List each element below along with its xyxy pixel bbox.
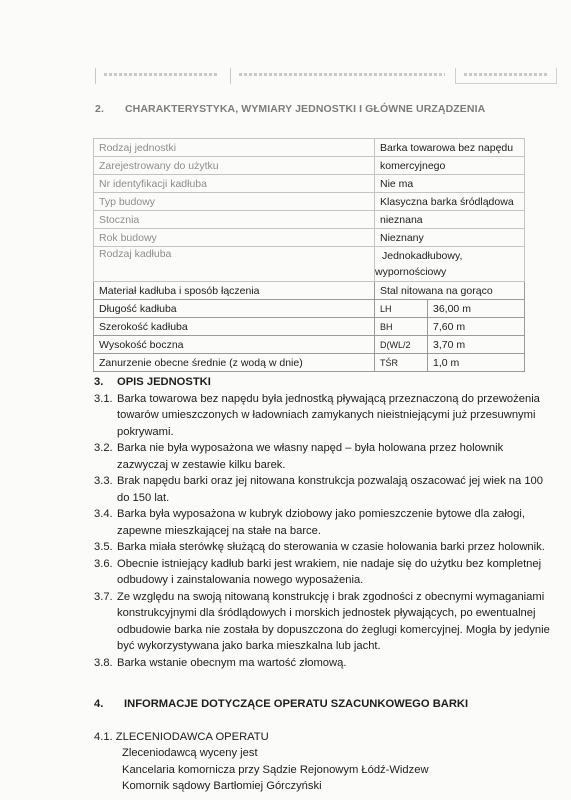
row-symbol: D(WL/2 xyxy=(375,336,428,354)
row-value: Barka towarowa bez napędu xyxy=(375,139,525,157)
item-number: 3.7. xyxy=(94,589,117,606)
table-row: Rok budowy Nieznany xyxy=(94,229,525,247)
list-item: 3.3.Brak napędu barki oraz jej nitowana … xyxy=(94,473,554,506)
item-text: Barka była wyposażona w kubryk dziobowy … xyxy=(117,508,525,537)
table-row: Wysokość boczna D(WL/2 3,70 m xyxy=(94,336,525,354)
section-number: 3. xyxy=(94,374,117,391)
value-line: Jednokadłubowy, xyxy=(380,248,519,264)
row-value: Nie ma xyxy=(375,175,525,193)
list-item: 3.6.Obecnie istniejący kadłub barki jest… xyxy=(94,556,554,589)
specification-table: Rodzaj jednostki Barka towarowa bez napę… xyxy=(93,138,525,372)
section-title: OPIS JEDNOSTKI xyxy=(117,376,211,388)
row-value: komercyjnego xyxy=(375,157,525,175)
list-item: 3.7.Ze względu na swoją nitowaną konstru… xyxy=(94,589,554,655)
list-item: 3.8.Barka wstanie obecnym ma wartość zło… xyxy=(94,655,554,672)
row-label: Zanurzenie obecne średnie (z wodą w dnie… xyxy=(94,354,375,372)
table-row: Rodzaj kadłuba Jednokadłubowy, wypornośc… xyxy=(94,247,525,282)
row-label: Typ budowy xyxy=(94,193,375,211)
subsection-title: ZLECENIODAWCA OPERATU xyxy=(116,731,269,743)
row-label: Zarejestrowany do użytku xyxy=(94,157,375,175)
row-label: Szerokość kadłuba xyxy=(94,318,375,336)
subsection-4-1: 4.1. ZLECENIODAWCA OPERATU Zleceniodawcą… xyxy=(94,729,554,795)
row-symbol: TŚR xyxy=(375,354,428,372)
table-row: Zarejestrowany do użytku komercyjnego xyxy=(94,157,525,175)
section-3: 3.OPIS JEDNOSTKI 3.1.Barka towarowa bez … xyxy=(94,374,554,671)
subsection-number: 4.1. xyxy=(94,731,113,743)
section-number: 4. xyxy=(94,696,124,713)
row-label: Stocznia xyxy=(94,211,375,229)
document-page: 2.CHARAKTERYSTYKA, WYMIARY JEDNOSTKI I G… xyxy=(0,0,571,800)
row-value: Stal nitowana na gorąco xyxy=(375,282,525,300)
row-label: Wysokość boczna xyxy=(94,336,375,354)
item-number: 3.8. xyxy=(94,655,117,672)
item-number: 3.1. xyxy=(94,391,117,408)
section-3-heading: 3.OPIS JEDNOSTKI xyxy=(94,374,554,391)
row-symbol: LH xyxy=(375,300,428,318)
item-number: 3.2. xyxy=(94,440,117,457)
row-value: 36,00 m xyxy=(428,300,525,318)
header-box-author xyxy=(95,68,226,84)
table-row: Zanurzenie obecne średnie (z wodą w dnie… xyxy=(94,354,525,372)
list-item: 3.2.Barka nie była wyposażona we własny … xyxy=(94,440,554,473)
item-text: Barka miała sterówkę służącą do sterowan… xyxy=(117,541,545,553)
item-text: Barka wstanie obecnym ma wartość złomową… xyxy=(117,657,346,669)
row-label: Materiał kadłuba i sposób łączenia xyxy=(94,282,375,300)
row-label: Rodzaj jednostki xyxy=(94,139,375,157)
row-value: 7,60 m xyxy=(428,318,525,336)
table-row: Materiał kadłuba i sposób łączenia Stal … xyxy=(94,282,525,300)
table-row: Nr identyfikacji kadłuba Nie ma xyxy=(94,175,525,193)
item-text: Obecnie istniejący kadłub barki jest wra… xyxy=(117,558,541,587)
client-line: Komornik sądowy Bartłomiej Górczyński xyxy=(94,778,554,795)
item-text: Ze względu na swoją nitowaną konstrukcję… xyxy=(117,591,550,653)
item-number: 3.5. xyxy=(94,539,117,556)
section-title: INFORMACJE DOTYCZĄCE OPERATU SZACUNKOWEG… xyxy=(124,698,468,710)
row-label: Długość kadłuba xyxy=(94,300,375,318)
illegible-header-text xyxy=(464,73,548,76)
header-box-title xyxy=(230,68,453,84)
row-value: Jednokadłubowy, wypornościowy xyxy=(375,247,525,282)
row-value: Nieznany xyxy=(375,229,525,247)
row-value: Klasyczna barka śródlądowa xyxy=(375,193,525,211)
illegible-header-text xyxy=(104,73,218,76)
value-line: wypornościowy xyxy=(375,264,519,280)
table-row: Szerokość kadłuba BH 7,60 m xyxy=(94,318,525,336)
client-line: Zleceniodawcą wyceny jest xyxy=(94,745,554,762)
row-label: Rok budowy xyxy=(94,229,375,247)
row-value: 1,0 m xyxy=(428,354,525,372)
section-4: 4.INFORMACJE DOTYCZĄCE OPERATU SZACUNKOW… xyxy=(94,696,554,795)
subsection-heading: 4.1. ZLECENIODAWCA OPERATU xyxy=(94,729,554,746)
section-4-heading: 4.INFORMACJE DOTYCZĄCE OPERATU SZACUNKOW… xyxy=(94,696,554,713)
item-text: Barka towarowa bez napędu była jednostką… xyxy=(117,393,540,438)
list-item: 3.1.Barka towarowa bez napędu była jedno… xyxy=(94,391,554,441)
row-value: nieznana xyxy=(375,211,525,229)
section-title: CHARAKTERYSTYKA, WYMIARY JEDNOSTKI I GŁÓ… xyxy=(125,103,485,115)
item-number: 3.3. xyxy=(94,473,117,490)
row-label: Rodzaj kadłuba xyxy=(94,247,375,282)
illegible-header-text xyxy=(239,73,445,76)
list-item: 3.5.Barka miała sterówkę służącą do ster… xyxy=(94,539,554,556)
item-text: Brak napędu barki oraz jej nitowana kons… xyxy=(117,475,543,504)
row-label: Nr identyfikacji kadłuba xyxy=(94,175,375,193)
section-number: 2. xyxy=(95,103,125,115)
row-value: 3,70 m xyxy=(428,336,525,354)
item-number: 3.4. xyxy=(94,506,117,523)
table-row: Długość kadłuba LH 36,00 m xyxy=(94,300,525,318)
header-box-date xyxy=(455,68,557,84)
table-row: Rodzaj jednostki Barka towarowa bez napę… xyxy=(94,139,525,157)
item-text: Barka nie była wyposażona we własny napę… xyxy=(117,442,503,471)
section-2-heading: 2.CHARAKTERYSTYKA, WYMIARY JEDNOSTKI I G… xyxy=(95,103,485,115)
row-symbol: BH xyxy=(375,318,428,336)
list-item: 3.4.Barka była wyposażona w kubryk dziob… xyxy=(94,506,554,539)
table-row: Typ budowy Klasyczna barka śródlądowa xyxy=(94,193,525,211)
table-row: Stocznia nieznana xyxy=(94,211,525,229)
item-number: 3.6. xyxy=(94,556,117,573)
client-line: Kancelaria komornicza przy Sądzie Rejono… xyxy=(94,762,554,779)
